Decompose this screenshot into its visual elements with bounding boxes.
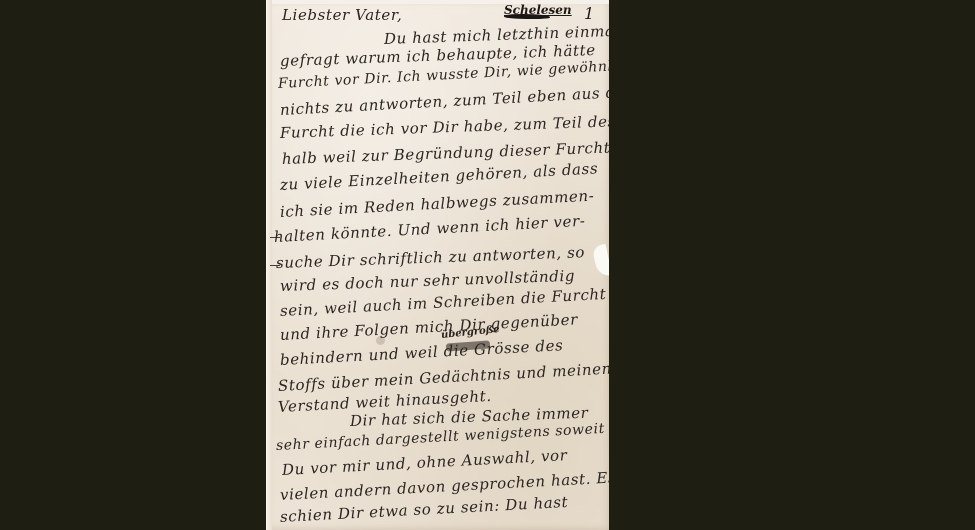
letter-page: Liebster Vater, Schelesen 1 Du hast mich…	[266, 0, 609, 530]
letter-line: Furcht die ich vor Dir habe, zum Teil de…	[280, 112, 609, 142]
page-number: 1	[584, 4, 594, 23]
page-tear	[592, 244, 609, 278]
document-viewer: Liebster Vater, Schelesen 1 Du hast mich…	[0, 0, 975, 530]
salutation: Liebster Vater,	[282, 6, 402, 24]
ink-blot	[504, 14, 550, 19]
